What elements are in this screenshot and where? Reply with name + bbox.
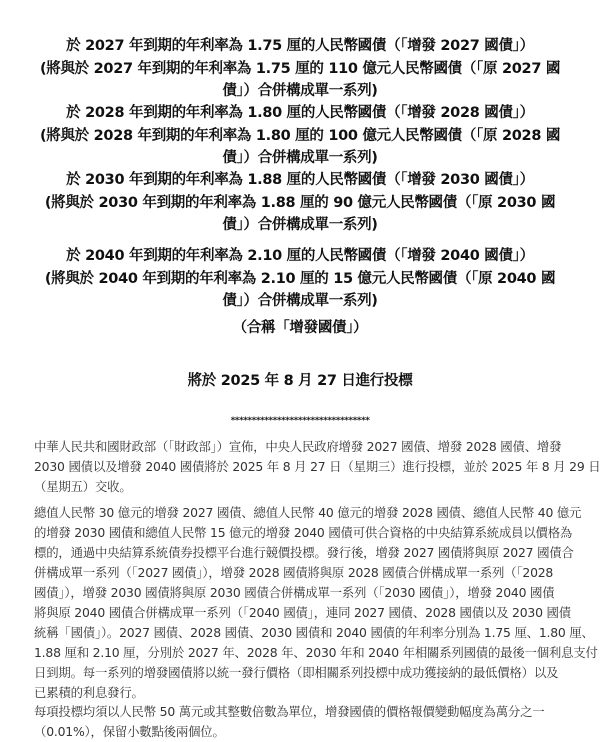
heading-line: 於 2040 年到期的年利率為 2.10 厘的人民幣國債（「增發 2040 國債… (0, 245, 600, 268)
heading-line: 於 2028 年到期的年利率為 1.80 厘的人民幣國債（「增發 2028 國債… (0, 102, 600, 125)
paragraph-announcement: 中華人民共和國財政部（「財政部」）宣佈，中央人民政府增發 2027 國債、增發 … (34, 437, 568, 497)
paragraph-line: 將與原 2040 國債合併構成單一系列（「2040 國債」，連同 2027 國債… (34, 603, 568, 623)
heading-line: 於 2030 年到期的年利率為 1.88 厘的人民幣國債（「增發 2030 國債… (0, 169, 600, 192)
paragraph-line: （0.01%），保留小數點後兩個位。 (34, 722, 568, 742)
paragraph-line: 併構成單一系列（「2027 國債」），增發 2028 國債將與原 2028 國債… (34, 563, 568, 583)
paragraph-line: 1.88 厘和 2.10 厘，分別於 2027 年、2028 年、2030 年和… (34, 643, 568, 663)
tender-date: 將於 2025 年 8 月 27 日進行投標 (0, 370, 600, 393)
heading-line: 債」）合併構成單一系列) (0, 214, 600, 237)
heading-line: 債」）合併構成單一系列) (0, 290, 600, 313)
paragraph-line: 每項投標均須以人民幣 50 萬元或其整數倍數為單位，增發國債的價格報價變動幅度為… (34, 702, 568, 722)
paragraph-line: 統稱「國債」）。2027 國債、2028 國債、2030 國債和 2040 國債… (34, 623, 568, 643)
heading-collective: （合稱「增發國債」） (0, 317, 600, 340)
paragraph-line: 中華人民共和國財政部（「財政部」）宣佈，中央人民政府增發 2027 國債、增發 … (34, 437, 568, 457)
heading-bond-2040: 於 2040 年到期的年利率為 2.10 厘的人民幣國債（「增發 2040 國債… (0, 245, 600, 313)
heading-tender-date: 將於 2025 年 8 月 27 日進行投標 (0, 370, 600, 393)
paragraph-line: 國債」），增發 2030 國債將與原 2030 國債合併構成單一系列（「2030… (34, 583, 568, 603)
paragraph-line: 的增發 2030 國債和總值人民幣 15 億元的增發 2040 國債可供合資格的… (34, 523, 568, 543)
paragraph-line: 總值人民幣 30 億元的增發 2027 國債、總值人民幣 40 億元的增發 20… (34, 503, 568, 523)
paragraph-bid-unit: 每項投標均須以人民幣 50 萬元或其整數倍數為單位，增發國債的價格報價變動幅度為… (34, 702, 568, 742)
heading-line: (將與於 2030 年到期的年利率為 1.88 厘的 90 億元人民幣國債（「原… (0, 192, 600, 215)
paragraph-line: 標的，通過中央結算系統債券投標平台進行競價投標。發行後，增發 2027 國債將與… (34, 543, 568, 563)
heading-bond-2027: 於 2027 年到期的年利率為 1.75 厘的人民幣國債（「增發 2027 國債… (0, 35, 600, 103)
heading-line: 於 2027 年到期的年利率為 1.75 厘的人民幣國債（「增發 2027 國債… (0, 35, 600, 58)
heading-line: (將與於 2028 年到期的年利率為 1.80 厘的 100 億元人民幣國債（「… (0, 125, 600, 148)
paragraph-line: 日到期。每一系列的增發國債將以統一發行價格（即相關系列投標中成功獲接納的最低價格… (34, 663, 568, 683)
heading-line: (將與於 2027 年到期的年利率為 1.75 厘的 110 億元人民幣國債（「… (0, 58, 600, 81)
heading-bond-2028: 於 2028 年到期的年利率為 1.80 厘的人民幣國債（「增發 2028 國債… (0, 102, 600, 170)
paragraph-line: 2030 國債以及增發 2040 國債將於 2025 年 8 月 27 日（星期… (34, 457, 568, 477)
collective-name: （合稱「增發國債」） (0, 317, 600, 340)
paragraph-line: 已累積的利息發行。 (34, 683, 568, 703)
separator: ********************************* (0, 416, 600, 426)
paragraph-line: （星期五）交收。 (34, 477, 568, 497)
heading-line: 債」）合併構成單一系列) (0, 147, 600, 170)
paragraph-tender-details: 總值人民幣 30 億元的增發 2027 國債、總值人民幣 40 億元的增發 20… (34, 503, 568, 703)
heading-line: (將與於 2040 年到期的年利率為 2.10 厘的 15 億元人民幣國債（「原… (0, 268, 600, 291)
heading-line: 債」）合併構成單一系列) (0, 80, 600, 103)
heading-bond-2030: 於 2030 年到期的年利率為 1.88 厘的人民幣國債（「增發 2030 國債… (0, 169, 600, 237)
